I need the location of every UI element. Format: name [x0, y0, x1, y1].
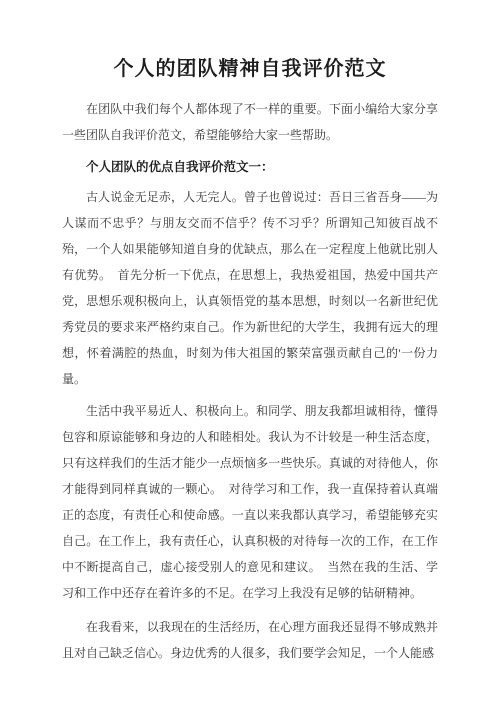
- intro-paragraph: 在团队中我们每个人都体现了不一样的重要。下面小编给大家分享一些团队自我评价范文，…: [62, 96, 438, 148]
- page-number: 1: [0, 648, 500, 662]
- document-title: 个人的团队精神自我评价范文: [62, 54, 438, 84]
- body-paragraph-life-work: 生活中我平易近人、积极向上。和同学、朋友我都坦诚相待，懂得包容和原谅能够和身边的…: [62, 398, 438, 606]
- body-paragraph-strengths: 古人说金无足赤，人无完人。曾子也曾说过：吾日三省吾身——为人谋而不忠乎？与朋友交…: [62, 184, 438, 392]
- section-heading: 个人团队的优点自我评价范文一：: [62, 154, 438, 180]
- document-page: 个人的团队精神自我评价范文 在团队中我们每个人都体现了不一样的重要。下面小编给大…: [0, 0, 500, 708]
